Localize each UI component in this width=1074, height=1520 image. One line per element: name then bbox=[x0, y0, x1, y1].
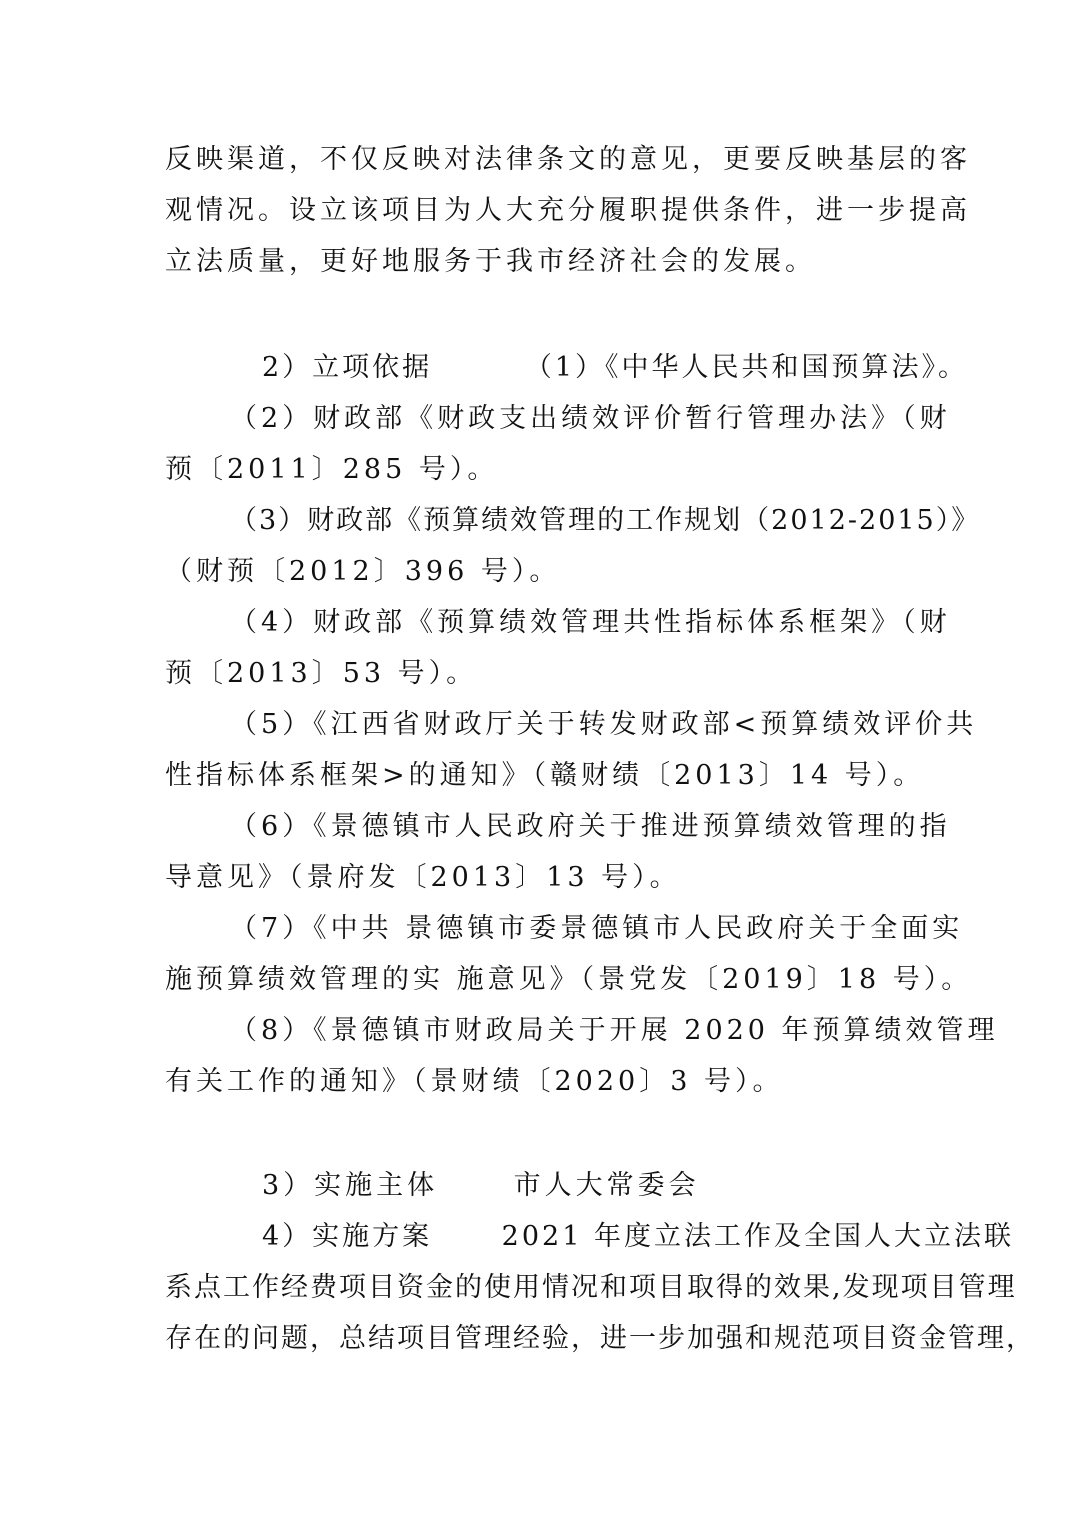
text-line: 观情况。设立该项目为人大充分履职提供条件，进一步提高 bbox=[165, 194, 971, 228]
text-line: 存在的问题，总结项目管理经验，进一步加强和规范项目资金管理， bbox=[165, 1322, 1035, 1356]
text-line: （财预〔2012〕396 号）。 bbox=[165, 555, 560, 589]
text-line: 有关工作的通知》（景财绩〔2020〕3 号）。 bbox=[165, 1065, 783, 1099]
text-line: （5）《江西省财政厅关于转发财政部<预算绩效评价共 bbox=[230, 708, 977, 742]
text-line: 系点工作经费项目资金的使用情况和项目取得的效果,发现项目管理 bbox=[165, 1271, 1017, 1305]
text-line: （6）《景德镇市人民政府关于推进预算绩效管理的指 bbox=[230, 810, 951, 844]
section-heading-basis: 2）立项依据 （1）《中华人民共和国预算法》。 bbox=[262, 351, 968, 385]
text-line: 立法质量，更好地服务于我市经济社会的发展。 bbox=[165, 245, 816, 279]
text-line: 施预算绩效管理的实 施意见》（景党发〔2019〕18 号）。 bbox=[165, 963, 972, 997]
text-line: 反映渠道，不仅反映对法律条文的意见，更要反映基层的客 bbox=[165, 143, 971, 177]
text-line: 预〔2011〕285 号）。 bbox=[165, 453, 498, 487]
text-line: （8）《景德镇市财政局关于开展 2020 年预算绩效管理 bbox=[230, 1014, 999, 1048]
text-line: 预〔2013〕53 号）。 bbox=[165, 657, 477, 691]
text-line: 性指标体系框架>的通知》（赣财绩〔2013〕14 号）。 bbox=[165, 759, 924, 793]
section-heading-subject: 3）实施主体 市人大常委会 bbox=[262, 1169, 700, 1203]
text-line: （7）《中共 景德镇市委景德镇市人民政府关于全面实 bbox=[230, 912, 963, 946]
document-page: 反映渠道，不仅反映对法律条文的意见，更要反映基层的客 观情况。设立该项目为人大充… bbox=[0, 0, 1074, 1520]
text-line: 导意见》（景府发〔2013〕13 号）。 bbox=[165, 861, 681, 895]
text-line: （2）财政部《财政支出绩效评价暂行管理办法》（财 bbox=[230, 402, 951, 436]
text-line: （3）财政部《预算绩效管理的工作规划（2012-2015）》 bbox=[230, 504, 980, 538]
text-line: （4）财政部《预算绩效管理共性指标体系框架》（财 bbox=[230, 606, 951, 640]
section-heading-plan: 4）实施方案 2021 年度立法工作及全国人大立法联 bbox=[262, 1220, 1014, 1254]
